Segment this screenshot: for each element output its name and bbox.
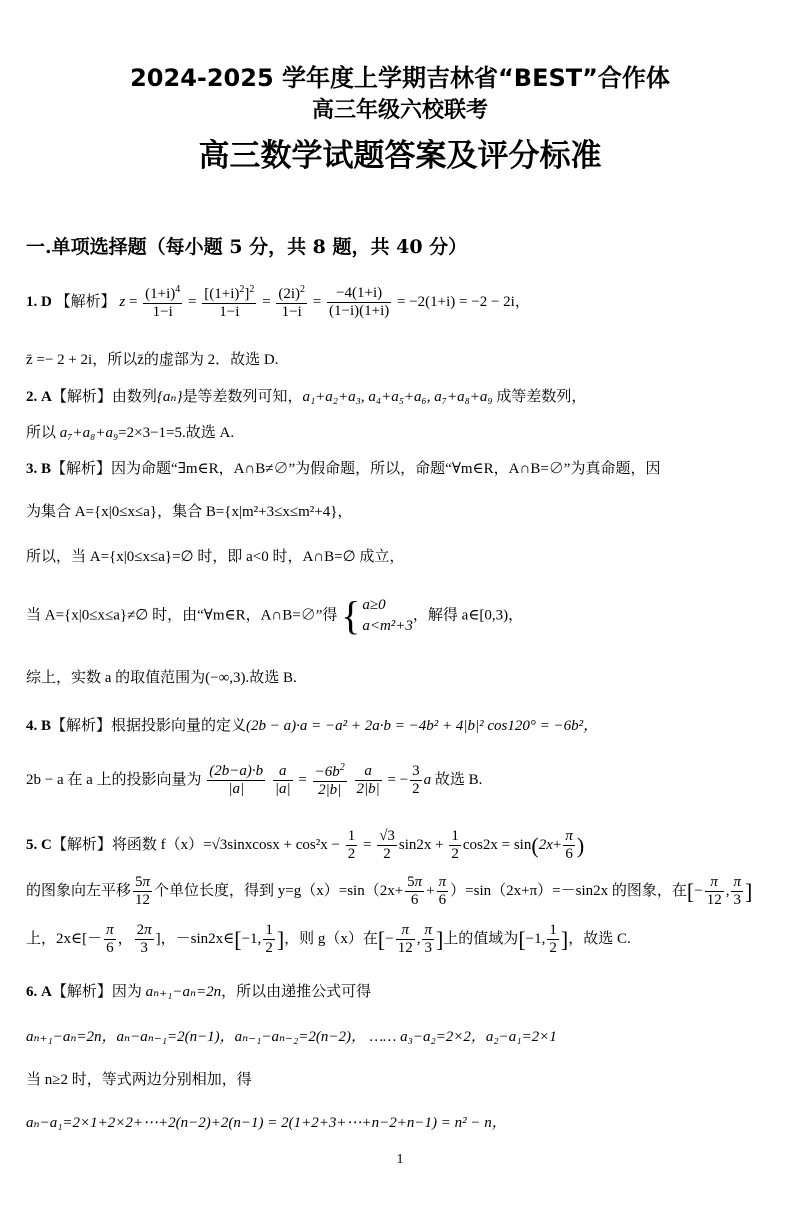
text: sin2x + <box>399 837 444 853</box>
answer-2-line-2: 所以 a₇+a₈+a₉=2×3−1=5.故选 A. <box>26 421 234 442</box>
text: 的图象向左平移 <box>26 883 131 899</box>
answer-5-line-3: 上，2x∈[－π6，2π3]，－sin2x∈[−1,12]，则 g（x）在[−π… <box>26 922 631 958</box>
answer-4-line-2: 2b − a 在 a 上的投影向量为 (2b−a)·b|a| a|a| = −6… <box>26 762 482 800</box>
text: 因为命题“∃m∈R，A∩B≠∅”为假命题，所以，命题“∀m∈R，A∩B=∅”为真… <box>111 461 660 477</box>
fraction: √32 <box>377 828 397 864</box>
text: ，所以由递推公式可得 <box>221 984 371 1000</box>
fraction: 5π12 <box>133 874 152 910</box>
analysis-tag: 【解析】 <box>52 984 112 1000</box>
analysis-tag: 【解析】 <box>52 389 112 405</box>
text: 2b − a 在 a 上的投影向量为 <box>26 772 202 788</box>
answer-6-line-2: aₙ₊₁−aₙ=2n，aₙ−aₙ₋₁=2(n−1)，aₙ₋₁−aₙ₋₂=2(n−… <box>26 1025 557 1046</box>
text: 个单位长度，得到 y=g（x）=sin（2x+ <box>154 883 403 899</box>
answer-4-line-1: 4. B【解析】根据投影向量的定义(2b − a)·a = −a² + 2a·b… <box>26 714 598 735</box>
answer-3-line-2: 为集合 A={x|0≤x≤a}，集合 B={x|m²+3≤x≤m²+4}， <box>26 500 352 521</box>
fraction: 12 <box>449 828 461 864</box>
fraction: π6 <box>563 828 575 864</box>
page-title: 高三数学试题答案及评分标准 <box>0 130 800 175</box>
analysis-tag: 【解析】 <box>52 837 112 853</box>
fraction: −4(1+i)(1−i)(1+i) <box>327 285 391 321</box>
fraction: 5π6 <box>405 874 424 910</box>
text: ）=sin（2x+π）=－sin2x 的图象，在 <box>450 883 687 899</box>
fraction: 2π3 <box>135 922 154 958</box>
fraction: π3 <box>422 922 434 958</box>
text: 上的值域为 <box>443 931 518 947</box>
text: ，解得 a∈[0,3)， <box>413 607 523 623</box>
text: ，故选 C. <box>568 931 631 947</box>
fraction: π12 <box>396 922 415 958</box>
answer-6-line-4: aₙ−a₁=2×1+2×2+⋯+2(n−2)+2(n−1) = 2(1+2+3+… <box>26 1111 507 1132</box>
math-text: z <box>119 294 125 310</box>
answer-choice: D <box>41 294 52 310</box>
text: 当 A={x|0≤x≤a}≠∅ 时，由“∀m∈R，A∩B=∅”得 <box>26 607 337 623</box>
answer-6-line-3: 当 n≥2 时，等式两边分别相加，得 <box>26 1068 252 1089</box>
title-line-2: 高三年级六校联考 <box>0 93 800 124</box>
answer-5-line-2: 的图象向左平移5π12个单位长度，得到 y=g（x）=sin（2x+5π6+π6… <box>26 874 752 910</box>
fraction: π3 <box>731 874 743 910</box>
case-row: a<m²+3 <box>362 616 413 637</box>
fraction: (1+i)41−i <box>143 284 182 322</box>
math-text: = −2(1+i) = −2 − 2i， <box>397 294 530 310</box>
math-text: {aₙ} <box>157 389 183 405</box>
math-text: (2b − a)·a = −a² + 2a·b = −4b² + 4|b|² c… <box>246 718 598 734</box>
answer-2-line-1: 2. A【解析】由数列{aₙ}是等差数列可知，a₁+a₂+a₃, a₄+a₅+a… <box>26 385 586 406</box>
text: 根据投影向量的定义 <box>111 718 246 734</box>
answer-5-line-1: 5. C【解析】将函数 f（x）=√3sinxcosx + cos²x − 12… <box>26 828 584 864</box>
analysis-tag: 【解析】 <box>51 718 111 734</box>
text: 所以 <box>26 425 60 441</box>
text: 成等差数列， <box>493 389 587 405</box>
question-number: 2. <box>26 389 37 405</box>
answer-choice: B <box>41 718 51 734</box>
fraction: 32 <box>410 763 422 799</box>
text: ，则 g（x）在 <box>284 931 378 947</box>
math-text: a₇+a₈+a₉ <box>60 425 118 441</box>
answer-3-line-5: 综上，实数 a 的取值范围为(−∞,3).故选 B. <box>26 666 297 687</box>
question-number: 3. <box>26 461 37 477</box>
question-number: 5. <box>26 837 37 853</box>
page-number: 1 <box>0 1152 800 1168</box>
fraction: 12 <box>346 828 358 864</box>
section-heading: 一.单项选择题（每小题 5 分，共 8 题，共 40 分） <box>26 232 467 259</box>
fraction: (2i)21−i <box>276 284 307 322</box>
answer-1-line-1: 1. D 【解析】 z = (1+i)41−i = [(1+i)2]21−i =… <box>26 284 530 322</box>
fraction: (2b−a)·b|a| <box>207 763 265 799</box>
text: = − <box>388 772 409 788</box>
answer-choice: A <box>41 389 52 405</box>
fraction: [(1+i)2]21−i <box>202 284 256 322</box>
title-line-1: 2024-2025 学年度上学期吉林省“BEST”合作体 <box>0 58 800 93</box>
analysis-tag: 【解析】 <box>51 461 111 477</box>
text: 因为 <box>112 984 146 1000</box>
question-number: 6. <box>26 984 37 1000</box>
fraction: a2|b| <box>355 763 382 799</box>
answer-3-line-3: 所以，当 A={x|0≤x≤a}=∅ 时，即 a<0 时，A∩B=∅ 成立， <box>26 545 404 566</box>
text: 是等差数列可知， <box>182 389 302 405</box>
text: 将函数 f（x）=√3sinxcosx + cos²x − <box>112 837 340 853</box>
text: 由数列 <box>112 389 157 405</box>
answer-choice: A <box>41 984 52 1000</box>
fraction: π6 <box>104 922 116 958</box>
answer-choice: C <box>41 837 52 853</box>
math-text: a₁+a₂+a₃, a₄+a₅+a₆, a₇+a₈+a₉ <box>302 389 492 405</box>
text: 故选 B. <box>431 772 482 788</box>
answer-3-line-1: 3. B【解析】因为命题“∃m∈R，A∩B≠∅”为假命题，所以，命题“∀m∈R，… <box>26 457 660 478</box>
fraction: 12 <box>263 922 275 958</box>
fraction: π6 <box>437 874 449 910</box>
answer-choice: B <box>41 461 51 477</box>
fraction: a|a| <box>273 763 293 799</box>
answer-6-line-1: 6. A【解析】因为 aₙ₊₁−aₙ=2n，所以由递推公式可得 <box>26 980 371 1001</box>
case-system: { a≥0 a<m²+3 <box>341 595 413 637</box>
fraction: 12 <box>547 922 559 958</box>
text: 上，2x∈[－ <box>26 931 102 947</box>
text: ]，－sin2x∈ <box>156 931 235 947</box>
text: cos2x = sin <box>463 837 531 853</box>
question-number: 4. <box>26 718 37 734</box>
answer-3-line-4: 当 A={x|0≤x≤a}≠∅ 时，由“∀m∈R，A∩B=∅”得 { a≥0 a… <box>26 595 523 637</box>
math-text: aₙ₊₁−aₙ=2n <box>146 984 222 1000</box>
fraction: π12 <box>705 874 724 910</box>
answer-1-line-2: z̄ =− 2 + 2i，所以z̄的虚部为 2．故选 D. <box>26 348 278 369</box>
fraction: −6b22|b| <box>313 762 347 800</box>
question-number: 1. <box>26 294 37 310</box>
text: =2×3−1=5.故选 A. <box>118 425 234 441</box>
case-row: a≥0 <box>362 595 413 616</box>
analysis-tag: 【解析】 <box>56 294 116 310</box>
